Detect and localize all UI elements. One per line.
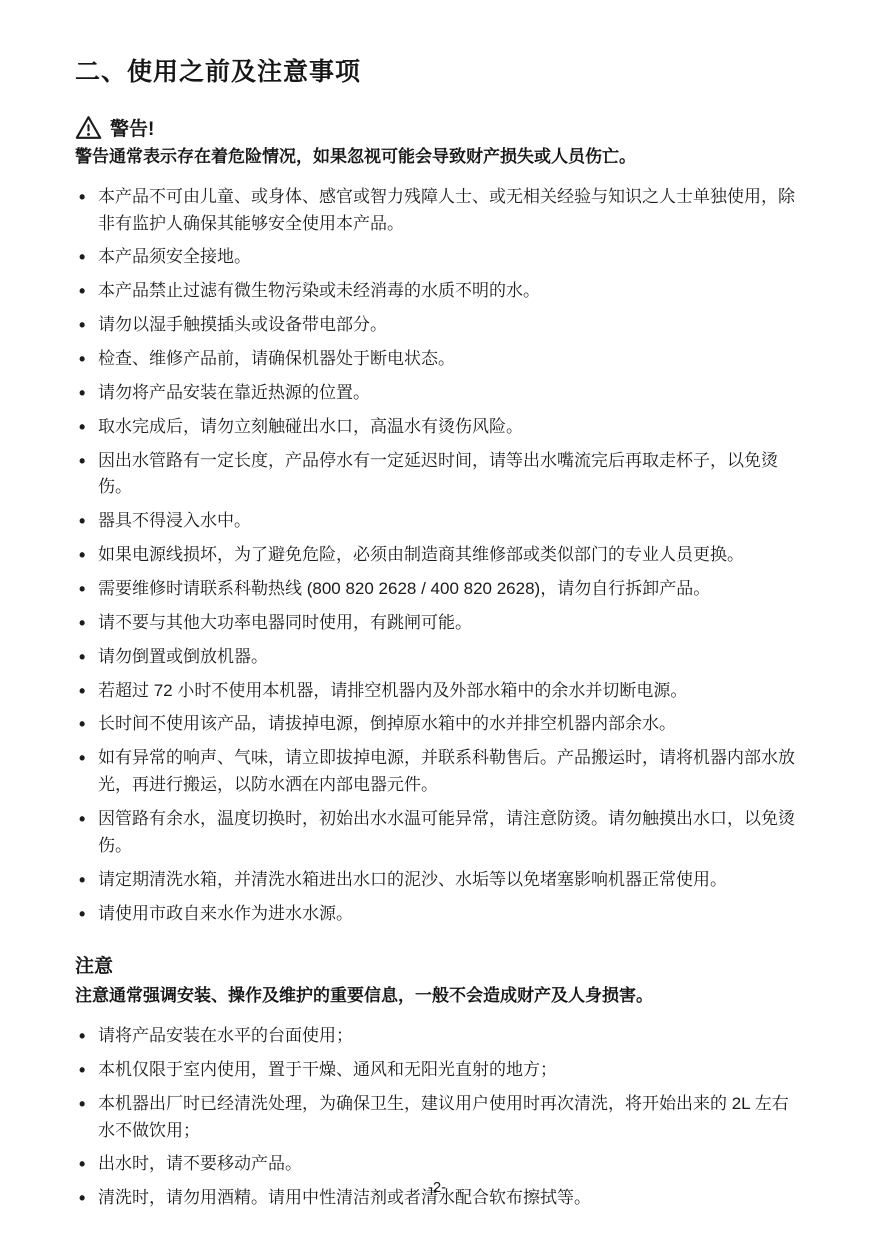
list-item: 本产品禁止过滤有微生物污染或未经消毒的水质不明的水。 [75,278,802,305]
list-item: 本机仅限于室内使用，置于干燥、通风和无阳光直射的地方； [75,1057,802,1084]
list-item: 因出水管路有一定长度，产品停水有一定延迟时间，请等出水嘴流完后再取走杯子，以免烫… [75,448,802,502]
list-item: 长时间不使用该产品，请拔掉电源，倒掉原水箱中的水并排空机器内部余水。 [75,711,802,738]
warning-section: 警告! 警告通常表示存在着危险情况，如果忽视可能会导致财产损失或人员伤亡。 本产… [75,114,802,927]
list-item: 请将产品安装在水平的台面使用； [75,1023,802,1050]
list-item: 本产品不可由儿童、或身体、感官或智力残障人士、或无相关经验与知识之人士单独使用，… [75,184,802,238]
notice-heading: 注意 [75,951,802,978]
list-item: 请勿倒置或倒放机器。 [75,644,802,671]
list-item: 请使用市政自来水作为进水水源。 [75,901,802,928]
list-item: 因管路有余水，温度切换时，初始出水水温可能异常，请注意防烫。请勿触摸出水口，以免… [75,806,802,860]
list-item: 若超过 72 小时不使用本机器，请排空机器内及外部水箱中的余水并切断电源。 [75,678,802,705]
list-item: 请勿将产品安装在靠近热源的位置。 [75,380,802,407]
warning-heading-label: 警告! [110,114,154,141]
list-item: 检查、维修产品前，请确保机器处于断电状态。 [75,346,802,373]
list-item: 需要维修时请联系科勒热线 (800 820 2628 / 400 820 262… [75,576,802,603]
list-item: 本机器出厂时已经清洗处理，为确保卫生，建议用户使用时再次清洗，将开始出来的 2L… [75,1091,802,1145]
list-item: 如有异常的响声、气味，请立即拔掉电源，并联系科勒售后。产品搬运时，请将机器内部水… [75,745,802,799]
list-item: 请勿以湿手触摸插头或设备带电部分。 [75,312,802,339]
warning-list: 本产品不可由儿童、或身体、感官或智力残障人士、或无相关经验与知识之人士单独使用，… [75,184,802,928]
list-item: 器具不得浸入水中。 [75,508,802,535]
notice-section: 注意 注意通常强调安装、操作及维护的重要信息，一般不会造成财产及人身损害。 请将… [75,951,802,1212]
page-number: -2- [0,1179,874,1196]
warning-heading: 警告! [75,114,802,141]
list-item: 请不要与其他大功率电器同时使用，有跳闸可能。 [75,610,802,637]
warning-intro: 警告通常表示存在着危险情况，如果忽视可能会导致财产损失或人员伤亡。 [75,145,802,170]
list-item: 请定期清洗水箱，并清洗水箱进出水口的泥沙、水垢等以免堵塞影响机器正常使用。 [75,867,802,894]
list-item: 出水时，请不要移动产品。 [75,1151,802,1178]
list-item: 取水完成后，请勿立刻触碰出水口，高温水有烫伤风险。 [75,414,802,441]
notice-intro: 注意通常强调安装、操作及维护的重要信息，一般不会造成财产及人身损害。 [75,984,802,1009]
list-item: 如果电源线损坏，为了避免危险，必须由制造商其维修部或类似部门的专业人员更换。 [75,542,802,569]
manual-page: 二、使用之前及注意事项 警告! 警告通常表示存在着危险情况，如果忽视可能会导致财… [0,0,874,1240]
warning-triangle-icon [75,115,102,140]
list-item: 本产品须安全接地。 [75,244,802,271]
page-title: 二、使用之前及注意事项 [75,52,802,88]
notice-heading-label: 注意 [75,951,113,978]
